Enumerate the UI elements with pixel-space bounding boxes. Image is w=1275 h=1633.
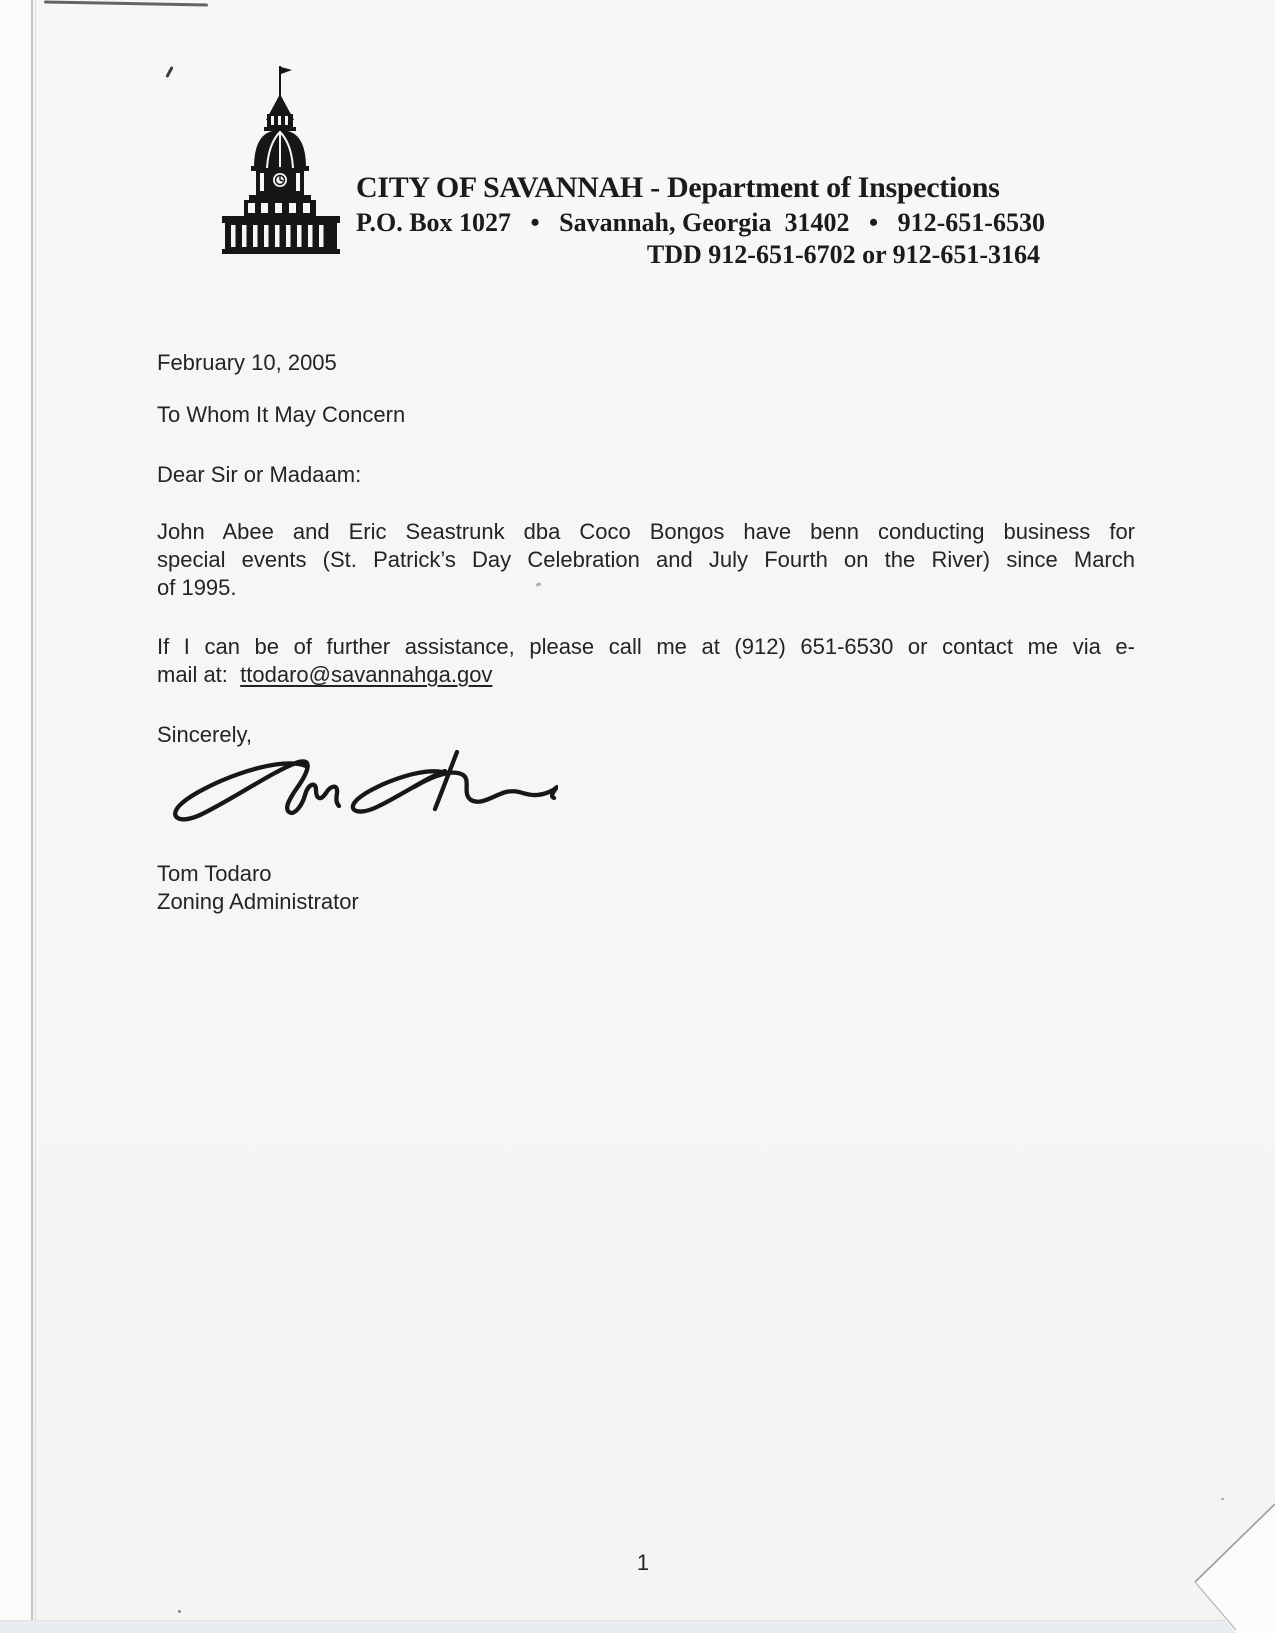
handwritten-signature <box>158 746 558 834</box>
scan-speck <box>178 1610 181 1613</box>
signer-title: Zoning Administrator <box>157 888 1135 916</box>
letterhead: CITY OF SAVANNAH - Department of Inspect… <box>356 171 1040 271</box>
city-hall-building-icon <box>220 64 342 254</box>
paper-left-edge-strip <box>0 0 31 1633</box>
paragraph-line: John Abee and Eric Seastrunk dba Coco Bo… <box>157 518 1135 546</box>
letterhead-address: P.O. Box 1027 • Savannah, Georgia 31402 … <box>356 207 1040 239</box>
recipient-line: To Whom It May Concern <box>157 401 1135 429</box>
page-number: 1 <box>593 1550 693 1576</box>
email-address: ttodaro@savannahga.gov <box>240 662 492 687</box>
paragraph-line: mail at: ttodaro@savannahga.gov <box>157 661 1135 689</box>
corner-fold <box>1093 1490 1275 1633</box>
paragraph-line: special events (St. Patrick’s Day Celebr… <box>157 546 1135 574</box>
paragraph-line: If I can be of further assistance, pleas… <box>157 633 1135 661</box>
paper-top-edge-mark <box>44 0 208 6</box>
body-paragraph-1: John Abee and Eric Seastrunk dba Coco Bo… <box>157 518 1135 602</box>
letterhead-title: CITY OF SAVANNAH - Department of Inspect… <box>356 171 1040 205</box>
salutation-line: Dear Sir or Madaam: <box>157 461 1135 489</box>
signer-name: Tom Todaro <box>157 860 1135 888</box>
paragraph-line: of 1995. <box>157 574 1135 602</box>
email-prefix: mail at: <box>157 662 240 687</box>
date-line: February 10, 2005 <box>157 349 1135 377</box>
closing-line: Sincerely, <box>157 721 1135 749</box>
body-paragraph-2: If I can be of further assistance, pleas… <box>157 633 1135 689</box>
scanner-bed-band <box>0 1620 1275 1633</box>
letterhead-tdd-line: TDD 912-651-6702 or 912-651-3164 <box>356 239 1040 271</box>
paper-edge-line-faint <box>35 0 36 1633</box>
paper-edge-line <box>31 0 33 1633</box>
scanned-letter-page: CITY OF SAVANNAH - Department of Inspect… <box>0 0 1275 1633</box>
stray-pen-tick <box>165 66 173 78</box>
